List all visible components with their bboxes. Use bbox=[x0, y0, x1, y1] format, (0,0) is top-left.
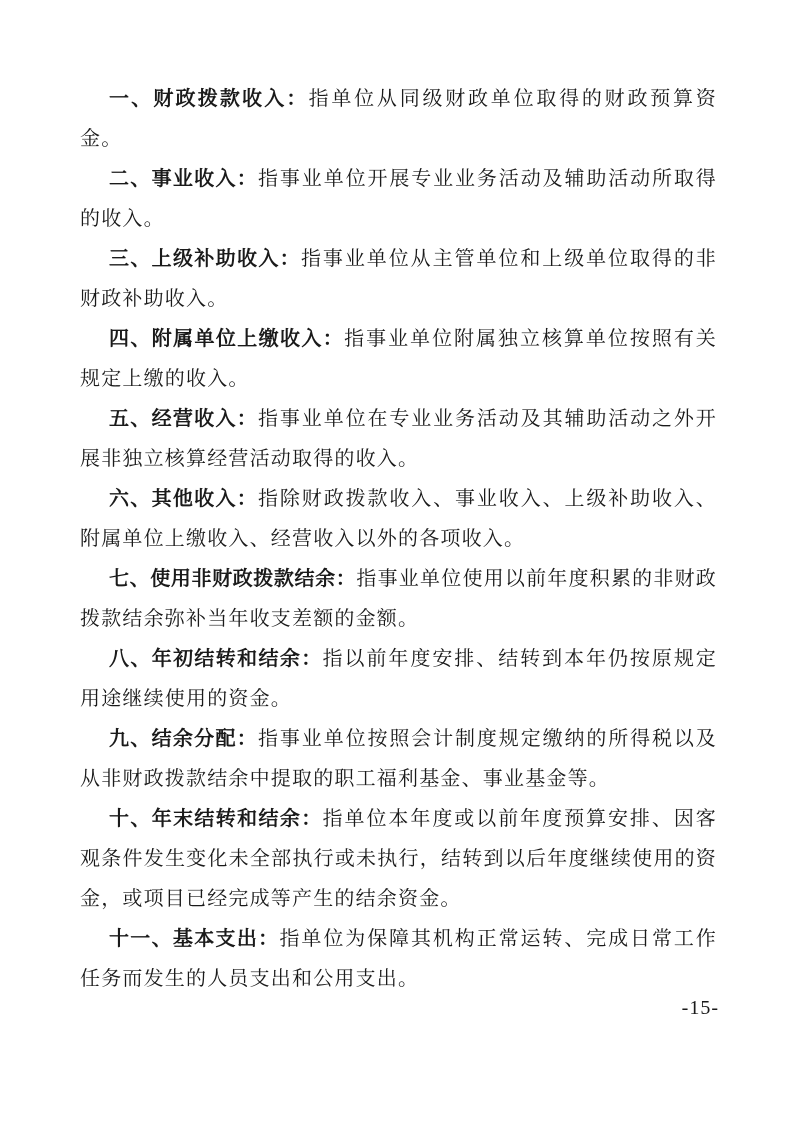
definition-paragraph-4: 四、附属单位上缴收入：指事业单位附属独立核算单位按照有关规定上缴的收入。 bbox=[80, 319, 717, 399]
term-label: 三、上级补助收入： bbox=[109, 248, 301, 270]
definition-paragraph-1: 一、财政拨款收入：指单位从同级财政单位取得的财政预算资金。 bbox=[80, 79, 717, 159]
term-label: 四、附属单位上缴收入： bbox=[109, 328, 344, 350]
document-body: 一、财政拨款收入：指单位从同级财政单位取得的财政预算资金。 二、事业收入：指事业… bbox=[80, 79, 717, 999]
term-label: 十一、基本支出： bbox=[109, 928, 280, 950]
term-label: 七、使用非财政拨款结余： bbox=[109, 568, 356, 590]
definition-paragraph-10: 十、年末结转和结余：指单位本年度或以前年度预算安排、因客观条件发生变化未全部执行… bbox=[80, 799, 717, 919]
definition-paragraph-3: 三、上级补助收入：指事业单位从主管单位和上级单位取得的非财政补助收入。 bbox=[80, 239, 717, 319]
term-label: 六、其他收入： bbox=[109, 488, 258, 510]
document-page: 一、财政拨款收入：指单位从同级财政单位取得的财政预算资金。 二、事业收入：指事业… bbox=[0, 0, 793, 1122]
term-label: 二、事业收入： bbox=[109, 168, 258, 190]
term-label: 十、年末结转和结余： bbox=[109, 808, 323, 830]
term-label: 九、结余分配： bbox=[109, 728, 258, 750]
term-label: 一、财政拨款收入： bbox=[109, 88, 309, 110]
definition-paragraph-5: 五、经营收入：指事业单位在专业业务活动及其辅助活动之外开展非独立核算经营活动取得… bbox=[80, 399, 717, 479]
page-number: -15- bbox=[682, 997, 719, 1020]
term-label: 八、年初结转和结余： bbox=[109, 648, 323, 670]
definition-paragraph-9: 九、结余分配：指事业单位按照会计制度规定缴纳的所得税以及从非财政拨款结余中提取的… bbox=[80, 719, 717, 799]
definition-paragraph-7: 七、使用非财政拨款结余：指事业单位使用以前年度积累的非财政拨款结余弥补当年收支差… bbox=[80, 559, 717, 639]
definition-paragraph-2: 二、事业收入：指事业单位开展专业业务活动及辅助活动所取得的收入。 bbox=[80, 159, 717, 239]
term-label: 五、经营收入： bbox=[109, 408, 258, 430]
definition-paragraph-6: 六、其他收入：指除财政拨款收入、事业收入、上级补助收入、附属单位上缴收入、经营收… bbox=[80, 479, 717, 559]
definition-paragraph-8: 八、年初结转和结余：指以前年度安排、结转到本年仍按原规定用途继续使用的资金。 bbox=[80, 639, 717, 719]
definition-paragraph-11: 十一、基本支出：指单位为保障其机构正常运转、完成日常工作任务而发生的人员支出和公… bbox=[80, 919, 717, 999]
